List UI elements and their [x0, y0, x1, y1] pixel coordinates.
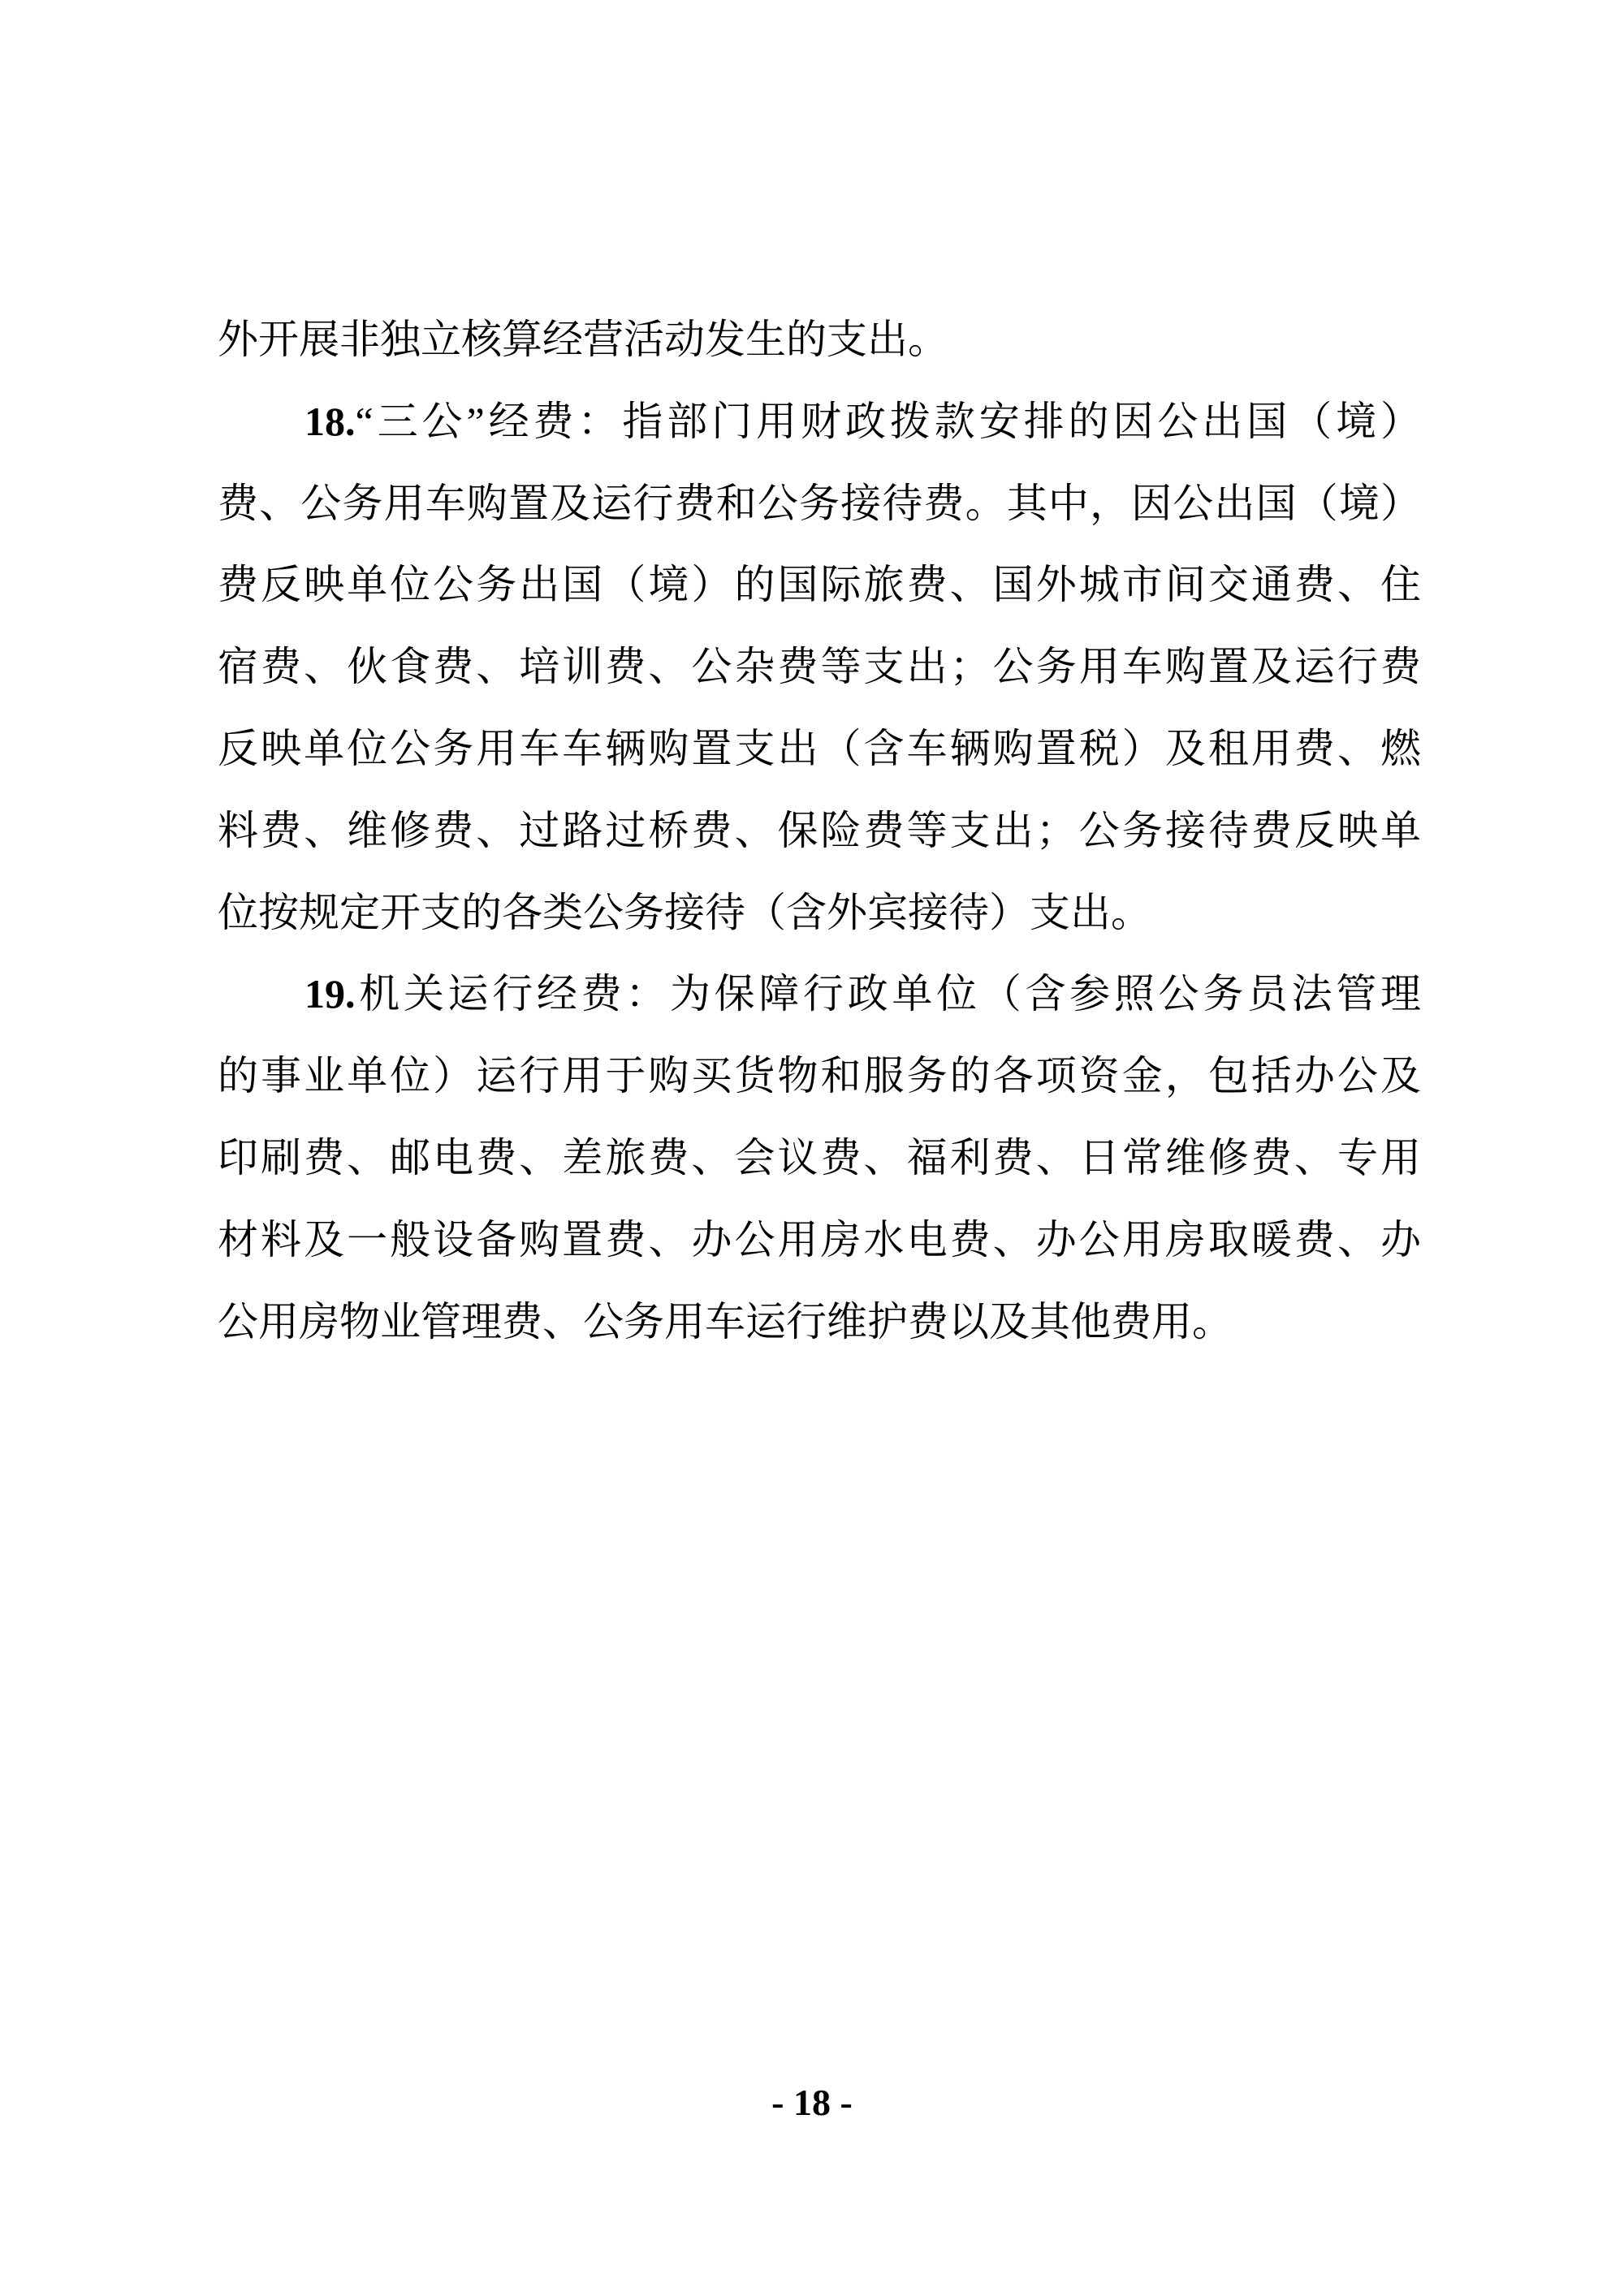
body-text: 宿费、伙食费、培训费、公杂费等支出；公务用车购置及运行费 [218, 644, 1421, 689]
item-number-bold: 18. [304, 399, 356, 444]
paragraph-18-line: 费反映单位公务出国（境）的国际旅费、国外城市间交通费、住 [218, 544, 1421, 626]
paragraph-18-line: 位按规定开支的各类公务接待（含外宾接待）支出。 [218, 872, 1421, 954]
body-text: 费、公务用车购置及运行费和公务接待费。其中，因公出国（境） [218, 481, 1421, 526]
paragraph-19-line: 的事业单位）运行用于购买货物和服务的各项资金，包括办公及 [218, 1035, 1421, 1117]
paragraph-18-line: 宿费、伙食费、培训费、公杂费等支出；公务用车购置及运行费 [218, 626, 1421, 708]
body-text: “三公”经费：指部门用财政拨款安排的因公出国（境） [356, 399, 1422, 444]
paragraph-18-line: 料费、维修费、过路过桥费、保险费等支出；公务接待费反映单 [218, 790, 1421, 872]
paragraph-18-line: 反映单位公务用车车辆购置支出（含车辆购置税）及租用费、燃 [218, 708, 1421, 790]
document-page: 外开展非独立核算经营活动发生的支出。18.“三公”经费：指部门用财政拨款安排的因… [0, 0, 1624, 2296]
paragraph-19-line: 印刷费、邮电费、差旅费、会议费、福利费、日常维修费、专用 [218, 1117, 1421, 1199]
body-text: 费反映单位公务出国（境）的国际旅费、国外城市间交通费、住 [218, 562, 1421, 607]
paragraph-17-continuation-line: 外开展非独立核算经营活动发生的支出。 [218, 299, 1421, 381]
paragraph-19-line: 材料及一般设备购置费、办公用房水电费、办公用房取暖费、办 [218, 1199, 1421, 1281]
body-text: 材料及一般设备购置费、办公用房水电费、办公用房取暖费、办 [218, 1217, 1421, 1262]
document-body: 外开展非独立核算经营活动发生的支出。18.“三公”经费：指部门用财政拨款安排的因… [218, 299, 1421, 1362]
paragraph-18-line: 费、公务用车购置及运行费和公务接待费。其中，因公出国（境） [218, 463, 1421, 545]
body-text: 外开展非独立核算经营活动发生的支出。 [218, 317, 948, 362]
body-text: 料费、维修费、过路过桥费、保险费等支出；公务接待费反映单 [218, 808, 1421, 853]
page-number: - 18 - [0, 2078, 1624, 2127]
body-text: 的事业单位）运行用于购买货物和服务的各项资金，包括办公及 [218, 1053, 1421, 1098]
body-text: 印刷费、邮电费、差旅费、会议费、福利费、日常维修费、专用 [218, 1135, 1421, 1180]
item-number-bold: 19. [304, 971, 356, 1016]
paragraph-18-line: 18.“三公”经费：指部门用财政拨款安排的因公出国（境） [218, 381, 1421, 463]
body-text: 公用房物业管理费、公务用车运行维护费以及其他费用。 [218, 1299, 1233, 1344]
body-text: 反映单位公务用车车辆购置支出（含车辆购置税）及租用费、燃 [218, 726, 1421, 771]
paragraph-19-line: 19.机关运行经费：为保障行政单位（含参照公务员法管理 [218, 953, 1421, 1035]
body-text: 位按规定开支的各类公务接待（含外宾接待）支出。 [218, 890, 1151, 935]
paragraph-19-line: 公用房物业管理费、公务用车运行维护费以及其他费用。 [218, 1281, 1421, 1363]
body-text: 机关运行经费：为保障行政单位（含参照公务员法管理 [356, 971, 1422, 1016]
